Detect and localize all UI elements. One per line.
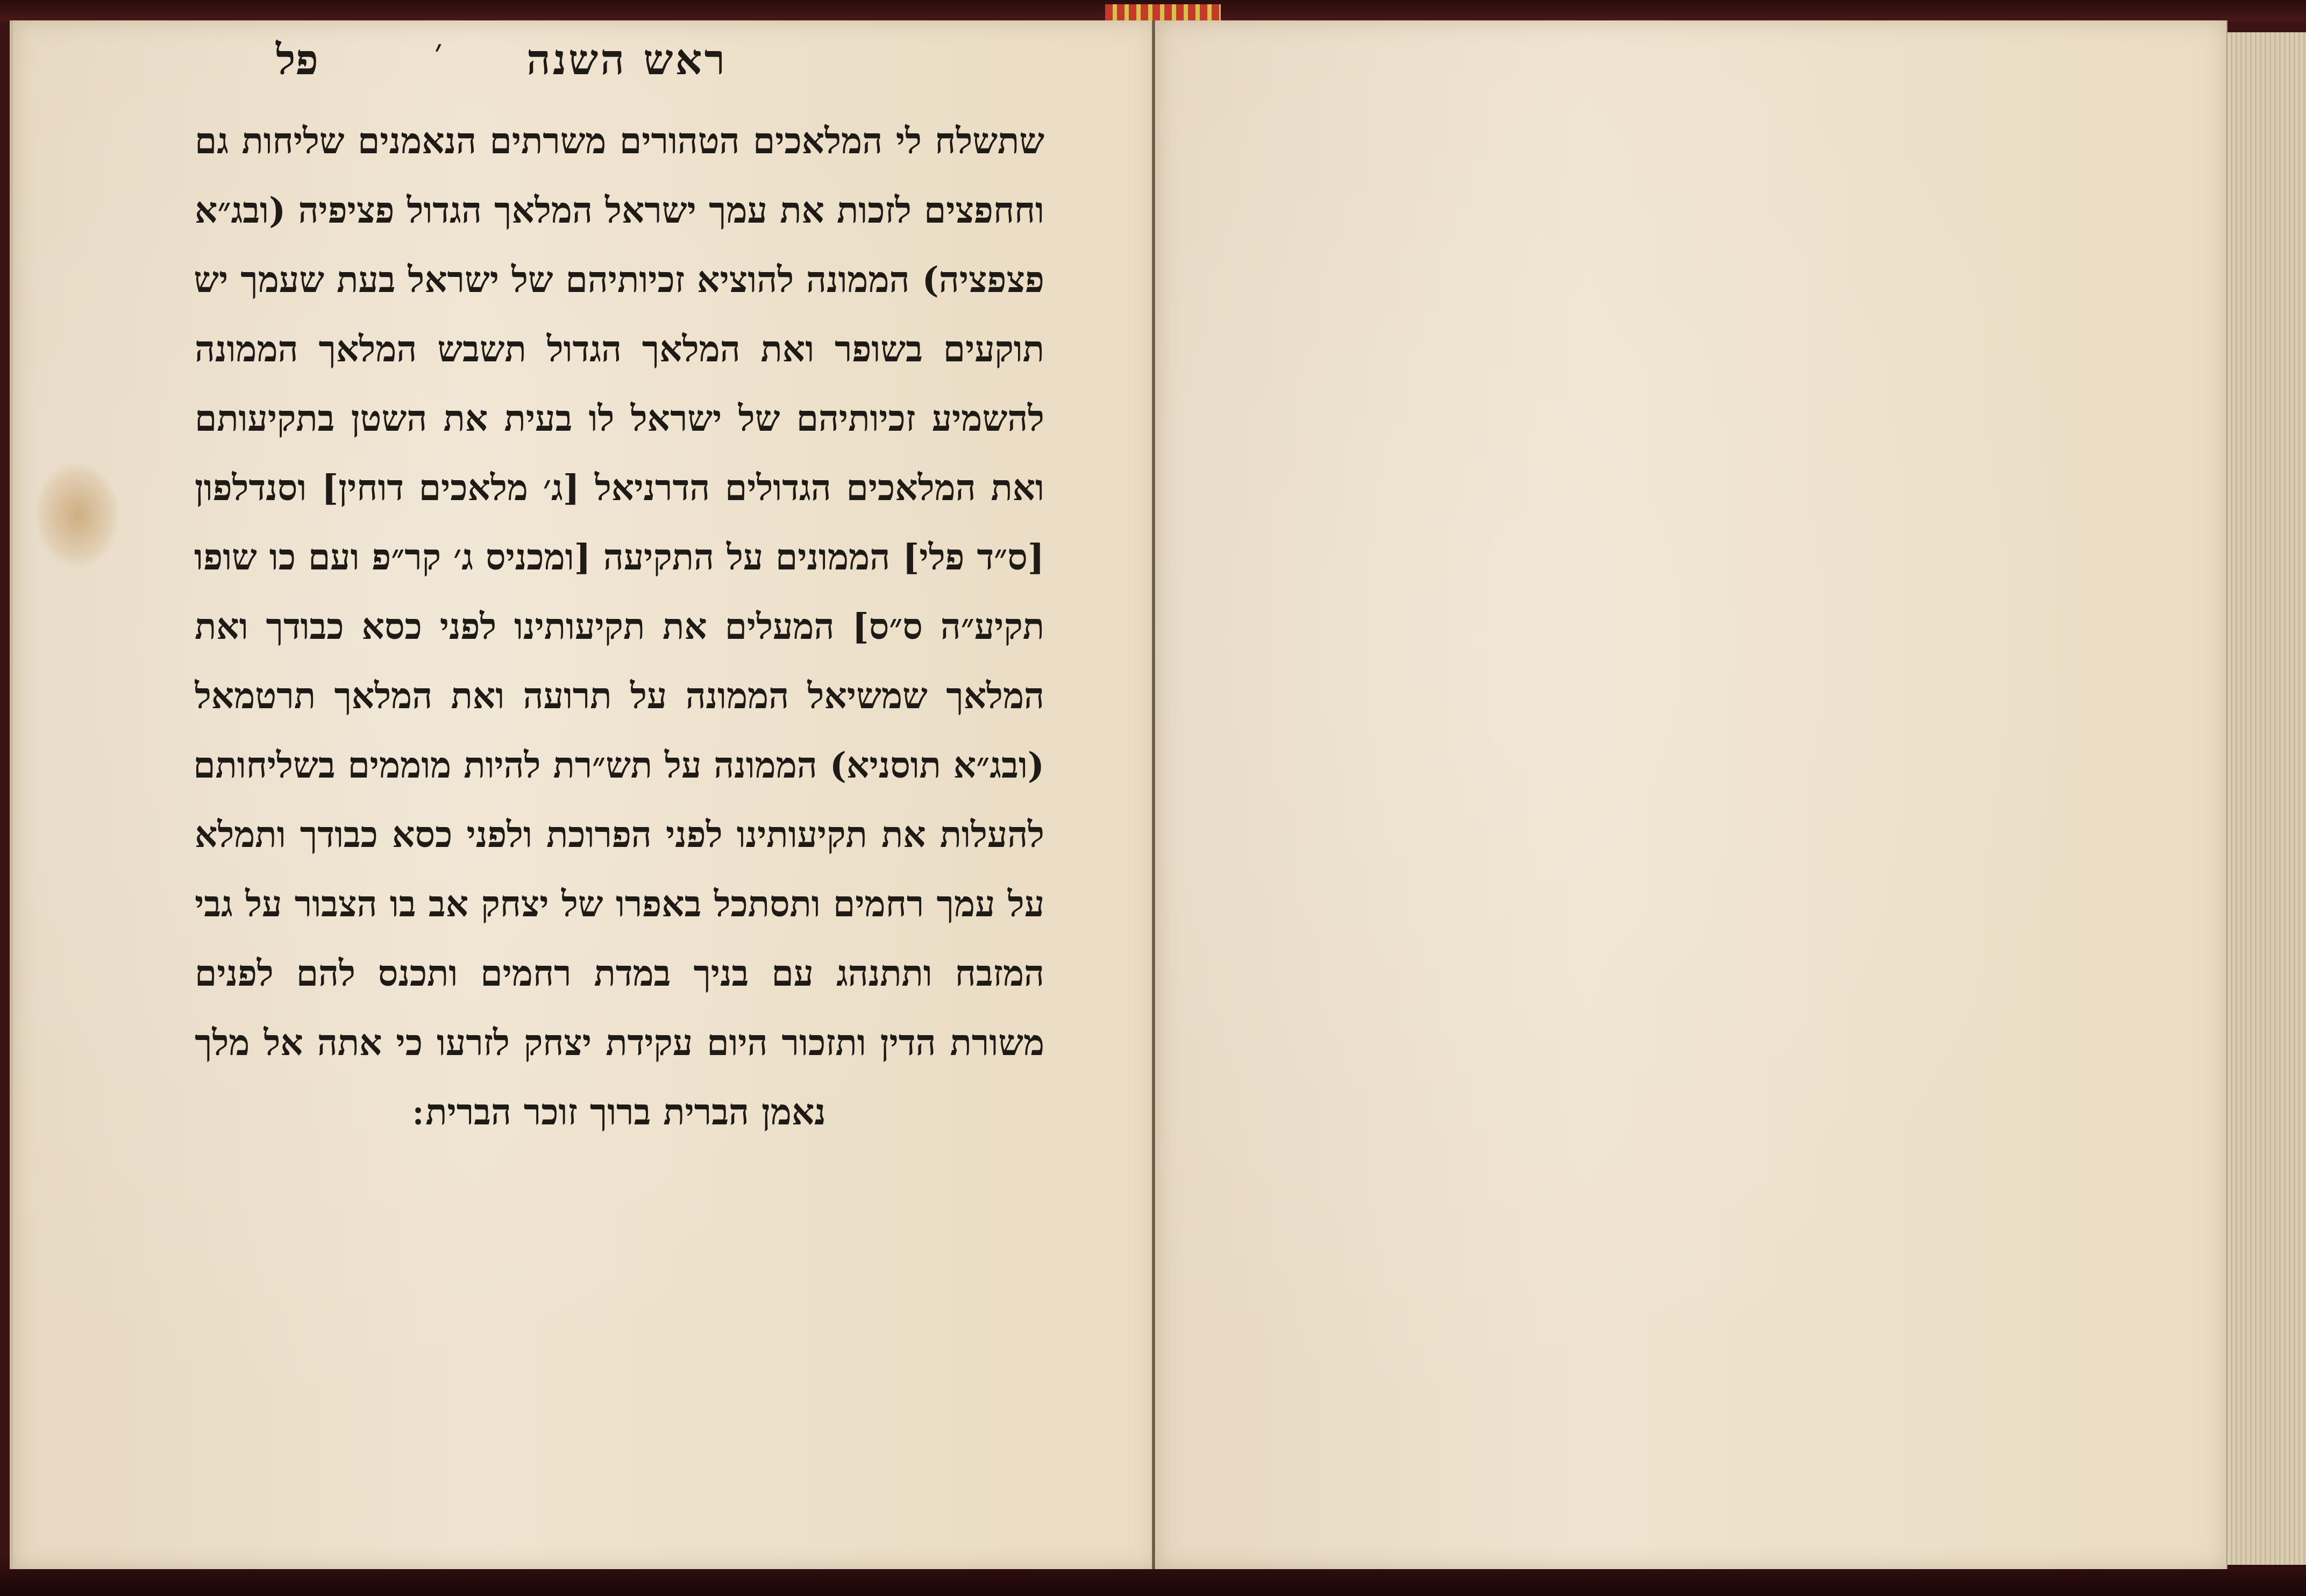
headband — [1105, 4, 1221, 20]
left-page: ראש השנה ׳ פל שתשלח לי המלאכים הטהורים מ… — [10, 20, 1157, 1569]
text-line: תוקעים בשופר ואת המלאך הגדול תשבש המלאך … — [195, 315, 1044, 384]
text-line: ואת המלאכים הגדולים הדרניאל [ג׳ מלאכים ד… — [195, 453, 1044, 523]
text-line: על עמך רחמים ותסתכל באפרו של יצחק אב בו … — [195, 870, 1044, 939]
text-line: שתשלח לי המלאכים הטהורים משרתים הנאמנים … — [195, 106, 1044, 176]
left-folio-number: פל — [276, 35, 318, 84]
right-page — [1156, 20, 2227, 1569]
text-line: [ס״ד פלי] הממונים על התקיעה [ומכניס ג׳ ק… — [195, 523, 1044, 592]
text-line: פצפציה) הממונה להוציא זכיותיהם של ישראל … — [195, 245, 1044, 315]
text-line: להעלות את תקיעותינו לפני הפרוכת ולפני כס… — [195, 800, 1044, 870]
page-fore-edge — [2227, 32, 2306, 1565]
text-line: וחחפצים לזכות את עמך ישראל המלאך הגדול פ… — [195, 176, 1044, 245]
text-line: המזבח ותתנהג עם בניך במדת רחמים ותכנס לה… — [195, 939, 1044, 1008]
text-line: תקיע״ה ס״ס] המעלים את תקיעותינו לפני כסא… — [195, 592, 1044, 661]
left-body-text: שתשלח לי המלאכים הטהורים משרתים הנאמנים … — [195, 106, 1044, 1147]
text-line: משורת הדין ותזכור היום עקידת יצחק לזרעו … — [195, 1008, 1044, 1078]
text-line: המלאך שמשיאל הממונה על תרועה ואת המלאך ת… — [195, 661, 1044, 731]
water-stain — [34, 461, 120, 569]
text-line: (ובג״א תוסניא) הממונה על תש״רת להיות מומ… — [195, 731, 1044, 800]
text-line-closing: נאמן הברית ברוך זוכר הברית ׃ — [195, 1078, 1044, 1147]
left-running-head: ראש השנה — [526, 35, 727, 84]
text-line: להשמיע זכיותיהם של ישראל לו בעית את השטן… — [195, 384, 1044, 453]
book-gutter — [1152, 20, 1155, 1569]
left-head-mark: ׳ — [435, 32, 442, 70]
